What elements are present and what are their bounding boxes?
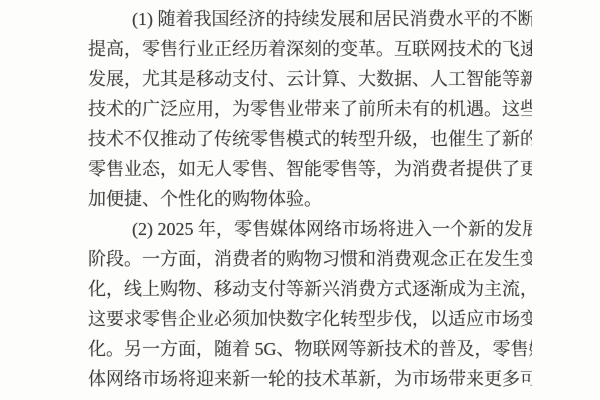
paragraph-1-line: 技术不仅推动了传统零售模式的转型升级，也催生了新的 — [88, 124, 532, 154]
paragraph-1-line: 零售业态，如无人零售、智能零售等，为消费者提供了更 — [88, 154, 532, 184]
document-page: (1) 随着我国经济的持续发展和居民消费水平的不断 提高，零售行业正经历着深刻的… — [0, 0, 600, 400]
paragraph-1-line: (1) 随着我国经济的持续发展和居民消费水平的不断 — [88, 4, 532, 34]
paragraph-2-line: 阶段。一方面，消费者的购物习惯和消费观念正在发生变 — [88, 244, 532, 274]
paragraph-2-line: 体网络市场将迎来新一轮的技术革新，为市场带来更多可 — [88, 364, 532, 394]
document-text-block: (1) 随着我国经济的持续发展和居民消费水平的不断 提高，零售行业正经历着深刻的… — [88, 4, 532, 394]
paragraph-2-line: (2) 2025 年，零售媒体网络市场将进入一个新的发展 — [88, 214, 532, 244]
paragraph-1-line: 技术的广泛应用，为零售业带来了前所未有的机遇。这些 — [88, 94, 532, 124]
paragraph-1-line: 加便捷、个性化的购物体验。 — [88, 184, 532, 214]
paragraph-2-line: 化。另一方面，随着 5G、物联网等新技术的普及，零售媒 — [88, 334, 532, 364]
paragraph-1-line: 发展，尤其是移动支付、云计算、大数据、人工智能等新 — [88, 64, 532, 94]
paragraph-2-line: 化，线上购物、移动支付等新兴消费方式逐渐成为主流， — [88, 274, 532, 304]
paragraph-1-line: 提高，零售行业正经历着深刻的变革。互联网技术的飞速 — [88, 34, 532, 64]
paragraph-2-line: 这要求零售企业必须加快数字化转型步伐，以适应市场变 — [88, 304, 532, 334]
